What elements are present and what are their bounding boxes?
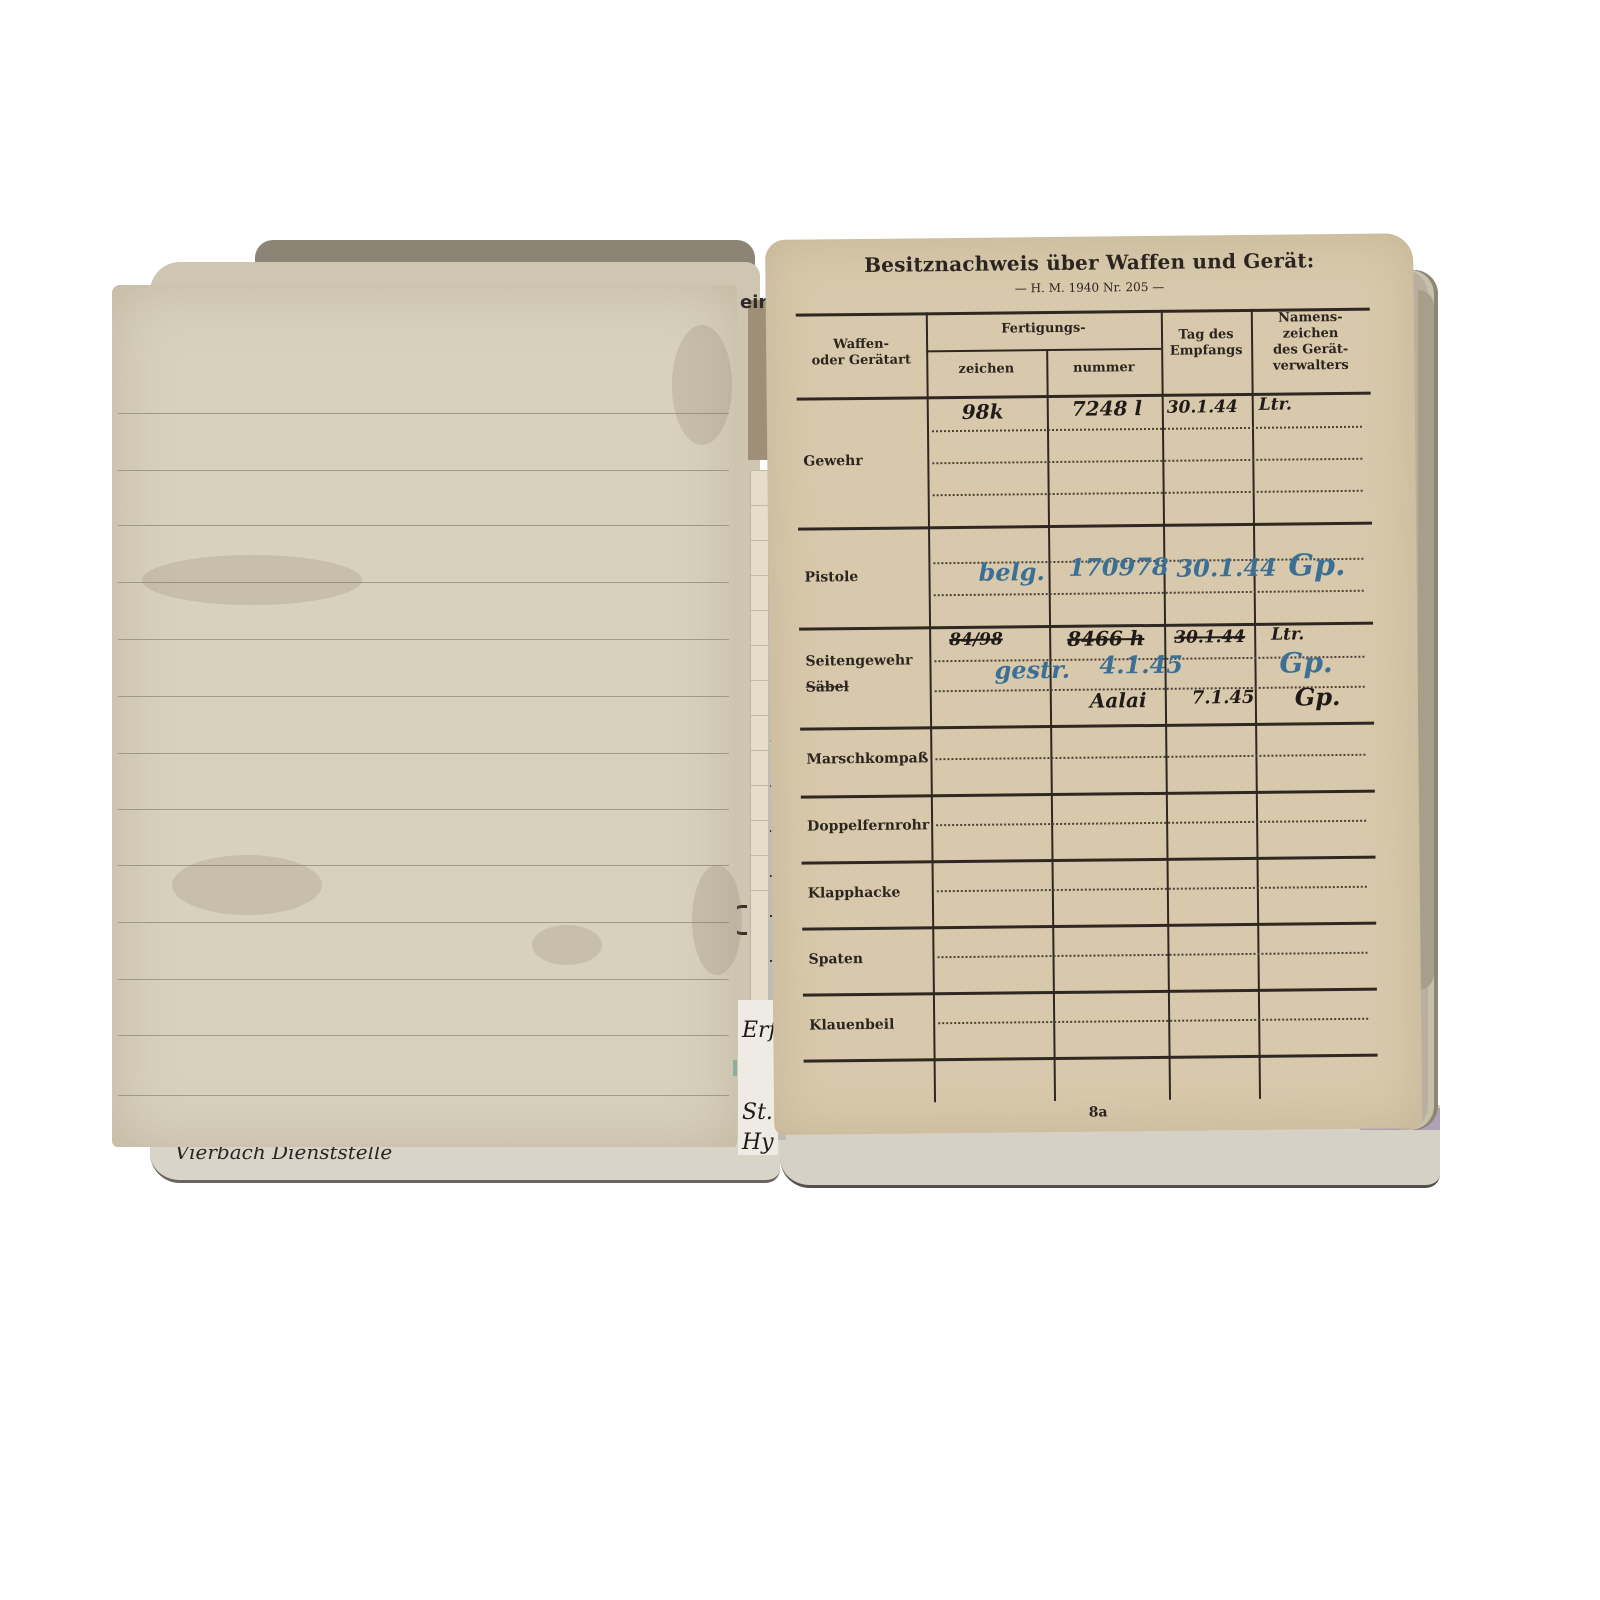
- pistole-tag: 30.1.44: [1176, 553, 1277, 583]
- form-title: Besitznachweis über Waffen und Gerät:: [765, 247, 1413, 278]
- seitengewehr-new-nummer: Aalai: [1090, 688, 1147, 713]
- seitengewehr-tag-struck: 30.1.44: [1174, 627, 1245, 648]
- header-tag-des-empfangs: Tag des Empfangs: [1161, 327, 1251, 360]
- row-label-saebel-struck: Säbel: [806, 679, 849, 695]
- pistole-nummer: 170978: [1068, 552, 1169, 582]
- header-namens-line3: des Gerät-: [1251, 342, 1370, 359]
- seitengewehr-gestrichen-note: gestr.: [994, 655, 1070, 685]
- header-zeichen: zeichen: [926, 361, 1046, 378]
- left-page-ruled: [112, 285, 737, 1147]
- weapons-equipment-table: Waffen- oder Gerätart Fertigungs- zeiche…: [796, 308, 1370, 314]
- seitengewehr-namens-struck: Ltr.: [1271, 624, 1304, 644]
- header-tag-line1: Tag des: [1161, 327, 1251, 344]
- seitengewehr-new-tag: 7.1.45: [1192, 687, 1255, 709]
- row-label-spaten: Spaten: [808, 951, 863, 968]
- seitengewehr-new-namens: Gp.: [1295, 682, 1341, 711]
- row-label-marschkompass: Marschkompaß: [806, 750, 928, 767]
- spine-handwriting-2: St.: [742, 1100, 773, 1125]
- row-label-pistole: Pistole: [804, 569, 858, 586]
- header-waffen-line2: oder Gerätart: [796, 352, 926, 369]
- pistole-zeichen: belg.: [978, 557, 1045, 587]
- pistole-namens: Gp.: [1288, 548, 1345, 584]
- green-ink-spot: [733, 1060, 737, 1076]
- header-namens-line2: zeichen: [1251, 326, 1370, 343]
- header-namens-line1: Namens-: [1251, 310, 1370, 327]
- row-label-seitengewehr: Seitengewehr: [805, 652, 912, 669]
- page-number: 8a: [774, 1101, 1422, 1124]
- header-tag-line2: Empfangs: [1161, 343, 1251, 360]
- seitengewehr-zeichen-struck: 84/98: [949, 630, 1003, 651]
- right-page-stack-inner-edge: [1418, 290, 1434, 990]
- header-waffen-line1: Waffen-: [796, 336, 926, 353]
- seitengewehr-gestrichen-date: 4.1.45: [1099, 650, 1183, 680]
- seitengewehr-nummer-struck: 8466 h: [1067, 626, 1144, 651]
- gewehr-tag: 30.1.44: [1167, 397, 1238, 418]
- gewehr-namens: Ltr.: [1259, 394, 1292, 414]
- form-subtitle: — H. M. 1940 Nr. 205 —: [765, 277, 1413, 298]
- seitengewehr-gestrichen-namens: Gp.: [1279, 646, 1333, 680]
- row-label-gewehr: Gewehr: [803, 453, 863, 470]
- row-label-doppelfernrohr: Doppelfernrohr: [807, 817, 929, 834]
- header-namens-line4: verwalters: [1251, 358, 1370, 375]
- gewehr-nummer: 7248 l: [1072, 396, 1142, 421]
- row-label-klapphacke: Klapphacke: [808, 885, 901, 902]
- spine-handwriting-3: Hy: [742, 1130, 774, 1155]
- right-page-form: Besitznachweis über Waffen und Gerät: — …: [765, 233, 1422, 1135]
- gewehr-zeichen: 98k: [962, 400, 1004, 424]
- header-fertigungs: Fertigungs-: [926, 320, 1161, 338]
- row-label-klauenbeil: Klauenbeil: [809, 1017, 894, 1034]
- open-soldbuch: Vierbach Dienststelle ein Erf. St. Hy: [0, 0, 1600, 1600]
- header-nummer: nummer: [1046, 360, 1161, 377]
- header-waffen-art: Waffen- oder Gerätart: [796, 336, 926, 369]
- header-namenszeichen: Namens- zeichen des Gerät- verwalters: [1251, 310, 1371, 375]
